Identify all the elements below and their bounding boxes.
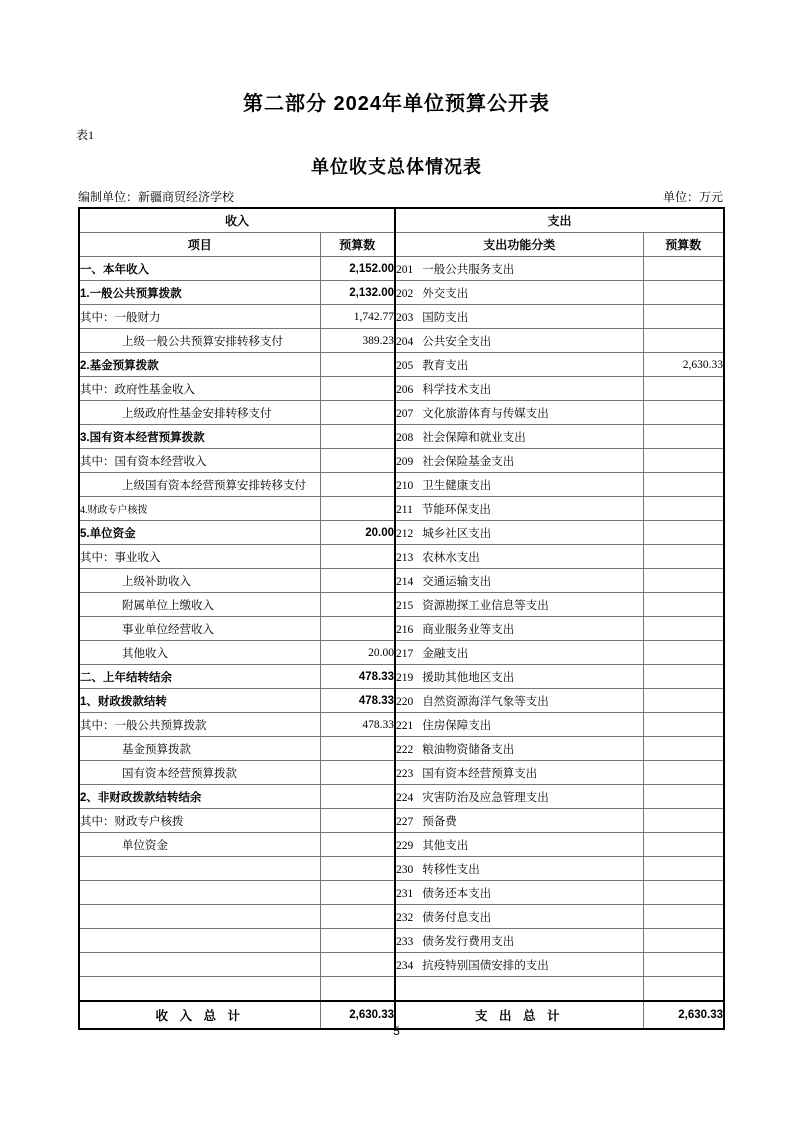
income-item-cell: 其他收入 xyxy=(79,641,320,665)
expense-value-cell xyxy=(643,977,724,1002)
income-item-cell: 5.单位资金 xyxy=(79,521,320,545)
table-body: 一、本年收入2,152.00201一般公共服务支出1.一般公共预算拨款2,132… xyxy=(79,257,724,1002)
expense-value-cell xyxy=(643,809,724,833)
expense-value-cell xyxy=(643,857,724,881)
table-row: 5.单位资金20.00212城乡社区支出 xyxy=(79,521,724,545)
expense-item-cell: 229其他支出 xyxy=(395,833,643,857)
expense-function-name: 卫生健康支出 xyxy=(422,480,491,492)
expense-function-code: 206 xyxy=(396,384,413,396)
expense-item-cell: 215资源勘探工业信息等支出 xyxy=(395,593,643,617)
income-item-cell: 其中：国有资本经营收入 xyxy=(79,449,320,473)
expense-function-code: 203 xyxy=(396,312,413,324)
income-value-cell: 1,742.77 xyxy=(320,305,395,329)
expense-item-cell: 207文化旅游体育与传媒支出 xyxy=(395,401,643,425)
income-value-cell xyxy=(320,881,395,905)
expense-function-code: 204 xyxy=(396,336,413,348)
table-row: 其中：事业收入213农林水支出 xyxy=(79,545,724,569)
table-row: 其中：政府性基金收入206科学技术支出 xyxy=(79,377,724,401)
expense-item-cell: 210卫生健康支出 xyxy=(395,473,643,497)
expense-group-header: 支出 xyxy=(395,208,724,233)
expense-function-name: 债务付息支出 xyxy=(422,912,491,924)
expense-function-name: 社会保障和就业支出 xyxy=(422,432,526,444)
expense-value-cell xyxy=(643,617,724,641)
expense-function-code: 216 xyxy=(396,624,413,636)
table-row: 234抗疫特别国债安排的支出 xyxy=(79,953,724,977)
expense-item-cell: 216商业服务业等支出 xyxy=(395,617,643,641)
income-item-cell: 国有资本经营预算拨款 xyxy=(79,761,320,785)
expense-item-cell: 208社会保障和就业支出 xyxy=(395,425,643,449)
income-value-cell xyxy=(320,545,395,569)
expense-function-code: 217 xyxy=(396,648,413,660)
income-item-cell: 1.一般公共预算拨款 xyxy=(79,281,320,305)
table-row: 上级国有资本经营预算安排转移支付210卫生健康支出 xyxy=(79,473,724,497)
income-value-cell xyxy=(320,473,395,497)
expense-function-name: 商业服务业等支出 xyxy=(422,624,514,636)
expense-function-code: 233 xyxy=(396,936,413,948)
income-item-cell: 其中：一般公共预算拨款 xyxy=(79,713,320,737)
table-row: 二、上年结转结余478.33219援助其他地区支出 xyxy=(79,665,724,689)
expense-value-cell xyxy=(643,449,724,473)
income-item-cell xyxy=(79,977,320,1002)
expense-value-cell xyxy=(643,305,724,329)
income-item-cell: 4.财政专户核拨 xyxy=(79,497,320,521)
expense-value-cell xyxy=(643,569,724,593)
budget-table: 收入 支出 项目 预算数 支出功能分类 预算数 一、本年收入2,152.0020… xyxy=(78,207,725,1030)
table-row: 232债务付息支出 xyxy=(79,905,724,929)
expense-item-cell: 221住房保障支出 xyxy=(395,713,643,737)
income-item-cell: 附属单位上缴收入 xyxy=(79,593,320,617)
expense-value-cell xyxy=(643,521,724,545)
table-row: 一、本年收入2,152.00201一般公共服务支出 xyxy=(79,257,724,281)
expense-item-cell: 231债务还本支出 xyxy=(395,881,643,905)
income-value-cell xyxy=(320,833,395,857)
expense-function-name: 外交支出 xyxy=(422,288,468,300)
expense-function-name: 交通运输支出 xyxy=(422,576,491,588)
expense-item-cell: 214交通运输支出 xyxy=(395,569,643,593)
expense-item-cell: 209社会保险基金支出 xyxy=(395,449,643,473)
expense-function-code: 221 xyxy=(396,720,413,732)
expense-function-name: 节能环保支出 xyxy=(422,504,491,516)
income-value-cell: 20.00 xyxy=(320,521,395,545)
expense-function-code: 202 xyxy=(396,288,413,300)
income-item-cell: 一、本年收入 xyxy=(79,257,320,281)
expense-function-name: 灾害防治及应急管理支出 xyxy=(422,792,549,804)
expense-function-name: 自然资源海洋气象等支出 xyxy=(422,696,549,708)
expense-function-name: 城乡社区支出 xyxy=(422,528,491,540)
income-item-cell: 上级补助收入 xyxy=(79,569,320,593)
expense-function-name: 转移性支出 xyxy=(422,864,480,876)
expense-value-cell xyxy=(643,881,724,905)
expense-value-cell xyxy=(643,377,724,401)
expense-item-cell: 223国有资本经营预算支出 xyxy=(395,761,643,785)
expense-value-cell xyxy=(643,329,724,353)
table-row xyxy=(79,977,724,1002)
table-row: 其他收入20.00217金融支出 xyxy=(79,641,724,665)
income-value-cell xyxy=(320,569,395,593)
expense-function-code: 223 xyxy=(396,768,413,780)
expense-function-code: 214 xyxy=(396,576,413,588)
income-item-cell: 二、上年结转结余 xyxy=(79,665,320,689)
expense-item-cell: 203国防支出 xyxy=(395,305,643,329)
expense-value-cell xyxy=(643,641,724,665)
expense-function-name: 其他支出 xyxy=(422,840,468,852)
income-group-header: 收入 xyxy=(79,208,395,233)
income-item-cell: 其中：事业收入 xyxy=(79,545,320,569)
expense-function-name: 资源勘探工业信息等支出 xyxy=(422,600,549,612)
income-value-cell xyxy=(320,377,395,401)
expense-function-name: 国有资本经营预算支出 xyxy=(422,768,537,780)
col-header-expense-budget: 预算数 xyxy=(643,233,724,257)
expense-function-name: 国防支出 xyxy=(422,312,468,324)
expense-item-cell: 220自然资源海洋气象等支出 xyxy=(395,689,643,713)
expense-function-name: 公共安全支出 xyxy=(422,336,491,348)
expense-item-cell: 213农林水支出 xyxy=(395,545,643,569)
table-row: 国有资本经营预算拨款223国有资本经营预算支出 xyxy=(79,761,724,785)
income-item-cell: 1、财政拨款结转 xyxy=(79,689,320,713)
income-item-cell: 2.基金预算拨款 xyxy=(79,353,320,377)
income-value-cell: 20.00 xyxy=(320,641,395,665)
expense-item-cell: 206科学技术支出 xyxy=(395,377,643,401)
expense-function-code: 210 xyxy=(396,480,413,492)
document-page: 第二部分 2024年单位预算公开表 表1 单位收支总体情况表 编制单位：新疆商贸… xyxy=(0,0,793,1122)
expense-function-code: 220 xyxy=(396,696,413,708)
expense-function-code: 224 xyxy=(396,792,413,804)
table-row: 上级一般公共预算安排转移支付389.23204公共安全支出 xyxy=(79,329,724,353)
expense-function-name: 债务还本支出 xyxy=(422,888,491,900)
expense-item-cell: 230转移性支出 xyxy=(395,857,643,881)
expense-value-cell xyxy=(643,713,724,737)
income-item-cell: 单位资金 xyxy=(79,833,320,857)
income-value-cell: 2,152.00 xyxy=(320,257,395,281)
table-row: 附属单位上缴收入215资源勘探工业信息等支出 xyxy=(79,593,724,617)
income-item-cell: 2、非财政拨款结转结余 xyxy=(79,785,320,809)
expense-function-name: 金融支出 xyxy=(422,648,468,660)
table-subtitle: 单位收支总体情况表 xyxy=(0,153,793,179)
expense-value-cell xyxy=(643,497,724,521)
expense-function-code: 231 xyxy=(396,888,413,900)
column-header-row: 项目 预算数 支出功能分类 预算数 xyxy=(79,233,724,257)
income-item-cell: 上级国有资本经营预算安排转移支付 xyxy=(79,473,320,497)
income-item-cell: 上级一般公共预算安排转移支付 xyxy=(79,329,320,353)
expense-function-name: 抗疫特别国债安排的支出 xyxy=(422,960,549,972)
expense-function-code: 213 xyxy=(396,552,413,564)
income-value-cell: 389.23 xyxy=(320,329,395,353)
expense-item-cell: 234抗疫特别国债安排的支出 xyxy=(395,953,643,977)
table-row: 233债务发行费用支出 xyxy=(79,929,724,953)
income-value-cell xyxy=(320,785,395,809)
expense-value-cell xyxy=(643,689,724,713)
expense-item-cell: 202外交支出 xyxy=(395,281,643,305)
expense-value-cell xyxy=(643,257,724,281)
income-item-cell: 上级政府性基金安排转移支付 xyxy=(79,401,320,425)
expense-function-name: 社会保险基金支出 xyxy=(422,456,514,468)
expense-function-code: 222 xyxy=(396,744,413,756)
col-header-expense-category: 支出功能分类 xyxy=(395,233,643,257)
income-value-cell xyxy=(320,497,395,521)
expense-value-cell xyxy=(643,785,724,809)
expense-function-code: 234 xyxy=(396,960,413,972)
income-item-cell: 其中：政府性基金收入 xyxy=(79,377,320,401)
income-item-cell: 其中：一般财力 xyxy=(79,305,320,329)
table-row: 其中：国有资本经营收入209社会保险基金支出 xyxy=(79,449,724,473)
income-value-cell: 478.33 xyxy=(320,689,395,713)
income-item-cell xyxy=(79,929,320,953)
expense-function-code: 232 xyxy=(396,912,413,924)
table-row: 上级补助收入214交通运输支出 xyxy=(79,569,724,593)
expense-value-cell xyxy=(643,665,724,689)
expense-function-code: 207 xyxy=(396,408,413,420)
expense-value-cell xyxy=(643,929,724,953)
table-row: 其中：财政专户核拨227预备费 xyxy=(79,809,724,833)
income-item-cell xyxy=(79,857,320,881)
table-row: 其中：一般财力1,742.77203国防支出 xyxy=(79,305,724,329)
income-value-cell xyxy=(320,353,395,377)
expense-item-cell: 201一般公共服务支出 xyxy=(395,257,643,281)
expense-function-code: 219 xyxy=(396,672,413,684)
expense-item-cell: 222粮油物资储备支出 xyxy=(395,737,643,761)
table-row: 2.基金预算拨款205教育支出2,630.33 xyxy=(79,353,724,377)
expense-item-cell: 233债务发行费用支出 xyxy=(395,929,643,953)
income-value-cell xyxy=(320,929,395,953)
table-row: 3.国有资本经营预算拨款208社会保障和就业支出 xyxy=(79,425,724,449)
page-number: 5 xyxy=(0,1024,793,1038)
income-item-cell xyxy=(79,905,320,929)
expense-value-cell xyxy=(643,761,724,785)
expense-value-cell xyxy=(643,593,724,617)
expense-item-cell: 232债务付息支出 xyxy=(395,905,643,929)
table-row: 单位资金229其他支出 xyxy=(79,833,724,857)
income-item-cell: 基金预算拨款 xyxy=(79,737,320,761)
expense-function-name: 教育支出 xyxy=(422,360,468,372)
table-row: 231债务还本支出 xyxy=(79,881,724,905)
page-title: 第二部分 2024年单位预算公开表 xyxy=(0,87,793,116)
meta-row: 编制单位：新疆商贸经济学校 单位：万元 xyxy=(78,188,723,205)
income-value-cell: 478.33 xyxy=(320,713,395,737)
expense-item-cell: 212城乡社区支出 xyxy=(395,521,643,545)
expense-function-name: 住房保障支出 xyxy=(422,720,491,732)
expense-item-cell: 219援助其他地区支出 xyxy=(395,665,643,689)
expense-function-name: 援助其他地区支出 xyxy=(422,672,514,684)
prepared-by: 编制单位：新疆商贸经济学校 xyxy=(78,188,234,205)
expense-item-cell: 227预备费 xyxy=(395,809,643,833)
income-value-cell xyxy=(320,857,395,881)
expense-function-name: 粮油物资储备支出 xyxy=(422,744,514,756)
table-label: 表1 xyxy=(76,126,94,143)
expense-function-name: 农林水支出 xyxy=(422,552,480,564)
expense-function-code: 211 xyxy=(396,504,413,516)
income-value-cell xyxy=(320,593,395,617)
expense-value-cell: 2,630.33 xyxy=(643,353,724,377)
col-header-income-budget: 预算数 xyxy=(320,233,395,257)
unit-note: 单位：万元 xyxy=(663,188,723,205)
expense-item-cell: 217金融支出 xyxy=(395,641,643,665)
income-value-cell xyxy=(320,425,395,449)
expense-value-cell xyxy=(643,737,724,761)
table-row: 其中：一般公共预算拨款478.33221住房保障支出 xyxy=(79,713,724,737)
income-value-cell xyxy=(320,449,395,473)
expense-function-code: 201 xyxy=(396,264,413,276)
expense-value-cell xyxy=(643,905,724,929)
income-item-cell: 事业单位经营收入 xyxy=(79,617,320,641)
expense-value-cell xyxy=(643,833,724,857)
expense-function-code: 215 xyxy=(396,600,413,612)
expense-value-cell xyxy=(643,281,724,305)
expense-item-cell: 205教育支出 xyxy=(395,353,643,377)
income-value-cell xyxy=(320,809,395,833)
expense-function-code: 212 xyxy=(396,528,413,540)
table-row: 事业单位经营收入216商业服务业等支出 xyxy=(79,617,724,641)
expense-function-name: 预备费 xyxy=(422,816,457,828)
income-value-cell xyxy=(320,761,395,785)
income-value-cell: 2,132.00 xyxy=(320,281,395,305)
income-value-cell xyxy=(320,401,395,425)
income-item-cell xyxy=(79,881,320,905)
table-row: 上级政府性基金安排转移支付207文化旅游体育与传媒支出 xyxy=(79,401,724,425)
income-item-cell: 其中：财政专户核拨 xyxy=(79,809,320,833)
expense-value-cell xyxy=(643,425,724,449)
table-row: 1、财政拨款结转478.33220自然资源海洋气象等支出 xyxy=(79,689,724,713)
expense-function-code: 227 xyxy=(396,816,413,828)
expense-value-cell xyxy=(643,545,724,569)
expense-value-cell xyxy=(643,401,724,425)
table-row: 230转移性支出 xyxy=(79,857,724,881)
expense-item-cell: 204公共安全支出 xyxy=(395,329,643,353)
expense-function-name: 债务发行费用支出 xyxy=(422,936,514,948)
income-value-cell xyxy=(320,977,395,1002)
expense-function-code: 208 xyxy=(396,432,413,444)
table-row: 2、非财政拨款结转结余224灾害防治及应急管理支出 xyxy=(79,785,724,809)
income-item-cell xyxy=(79,953,320,977)
expense-item-cell xyxy=(395,977,643,1002)
expense-function-code: 230 xyxy=(396,864,413,876)
expense-function-code: 205 xyxy=(396,360,413,372)
group-header-row: 收入 支出 xyxy=(79,208,724,233)
income-value-cell xyxy=(320,953,395,977)
expense-function-code: 229 xyxy=(396,840,413,852)
table-row: 4.财政专户核拨211节能环保支出 xyxy=(79,497,724,521)
expense-item-cell: 224灾害防治及应急管理支出 xyxy=(395,785,643,809)
expense-function-name: 一般公共服务支出 xyxy=(422,264,514,276)
expense-value-cell xyxy=(643,473,724,497)
expense-function-name: 科学技术支出 xyxy=(422,384,491,396)
table-row: 1.一般公共预算拨款2,132.00202外交支出 xyxy=(79,281,724,305)
table-row: 基金预算拨款222粮油物资储备支出 xyxy=(79,737,724,761)
income-value-cell xyxy=(320,905,395,929)
income-value-cell xyxy=(320,617,395,641)
col-header-item: 项目 xyxy=(79,233,320,257)
expense-value-cell xyxy=(643,953,724,977)
expense-function-code: 209 xyxy=(396,456,413,468)
income-value-cell xyxy=(320,737,395,761)
income-item-cell: 3.国有资本经营预算拨款 xyxy=(79,425,320,449)
income-value-cell: 478.33 xyxy=(320,665,395,689)
expense-function-name: 文化旅游体育与传媒支出 xyxy=(422,408,549,420)
expense-item-cell: 211节能环保支出 xyxy=(395,497,643,521)
